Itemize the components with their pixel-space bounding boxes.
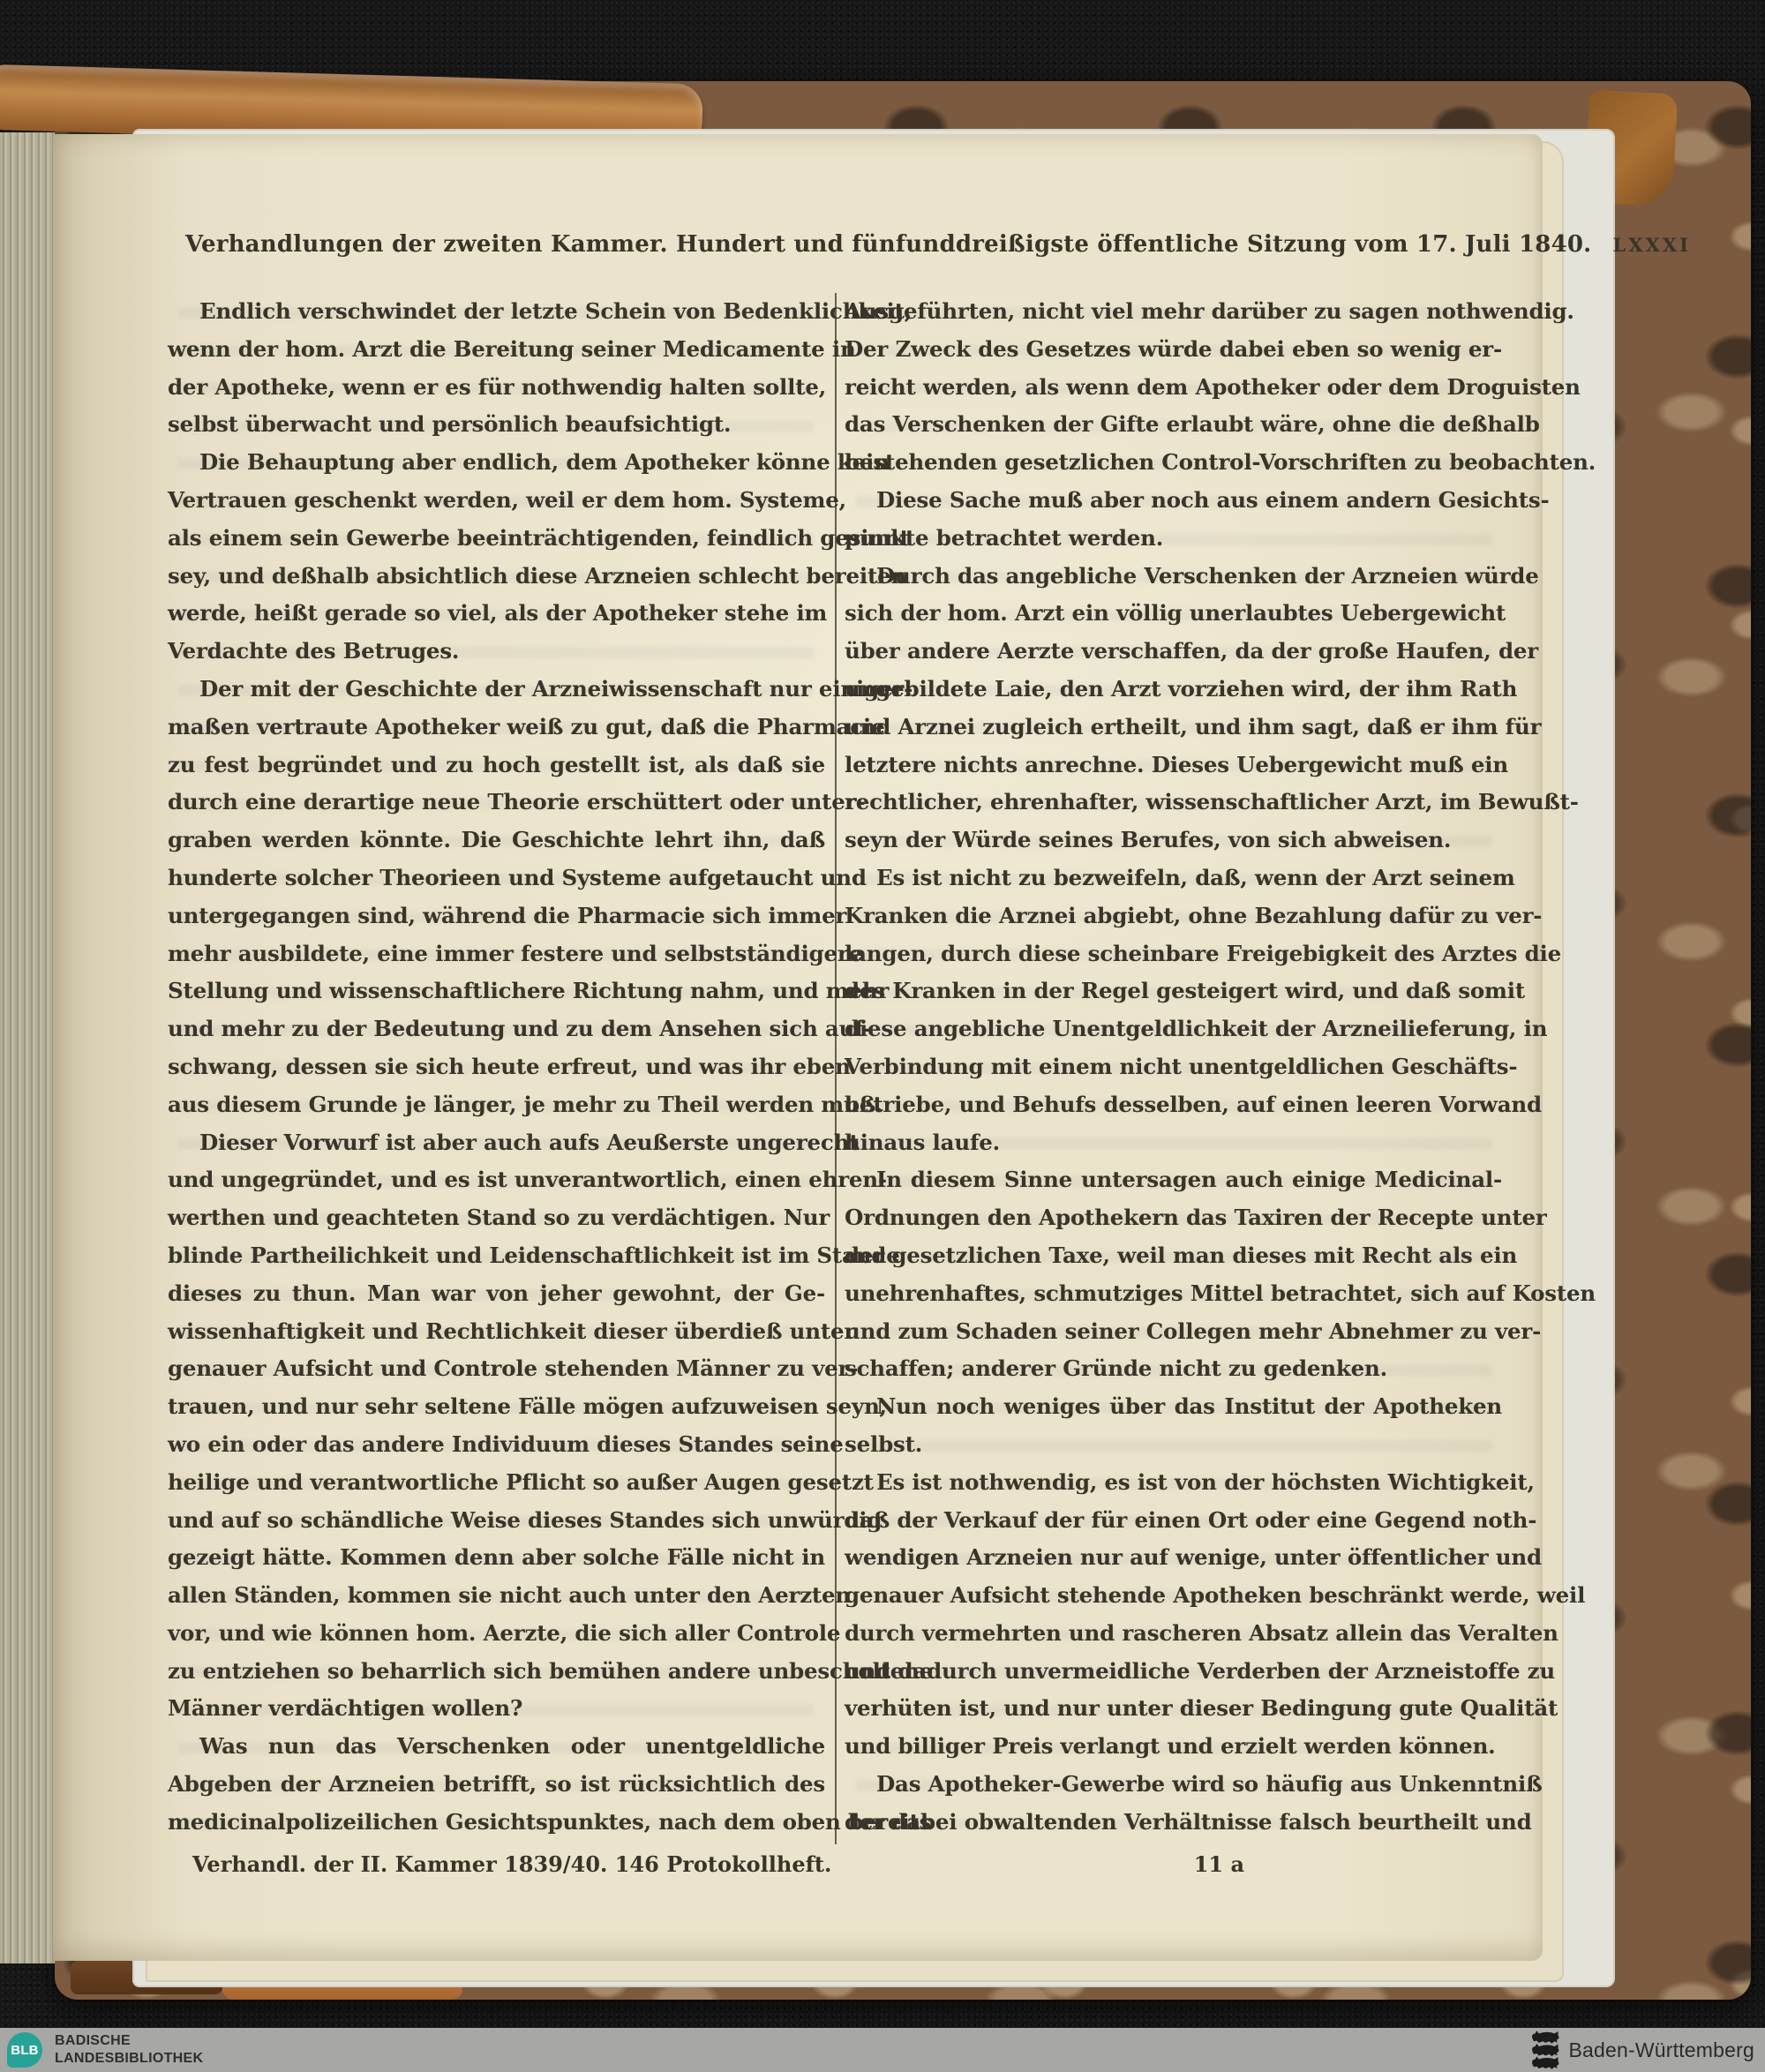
text-line: Diese Sache muß aber noch aus einem ande… bbox=[845, 482, 1502, 520]
text-line: genauer Aufsicht und Controle stehenden … bbox=[168, 1350, 825, 1388]
column-divider bbox=[835, 293, 837, 1844]
text-line: In diesem Sinne untersagen auch einige M… bbox=[845, 1161, 1502, 1199]
text-line: werthen und geachteten Stand so zu verdä… bbox=[168, 1199, 825, 1237]
text-line: hinaus laufe. bbox=[845, 1124, 1502, 1162]
blb-logo-icon: BLB bbox=[7, 2032, 42, 2068]
text-line: maßen vertraute Apotheker weiß zu gut, d… bbox=[168, 709, 825, 747]
text-line: als einem sein Gewerbe beeinträchtigende… bbox=[168, 520, 825, 558]
text-line: zu entziehen so beharrlich sich bemühen … bbox=[168, 1653, 825, 1691]
text-line: ungebildete Laie, den Arzt vorziehen wir… bbox=[845, 671, 1502, 709]
text-line: durch vermehrten und rascheren Absatz al… bbox=[845, 1615, 1502, 1653]
state-name: Baden-Württemberg bbox=[1569, 2038, 1755, 2062]
text-line: Ordnungen den Apothekern das Taxiren der… bbox=[845, 1199, 1502, 1237]
text-line: werde, heißt gerade so viel, als der Apo… bbox=[168, 595, 825, 633]
text-line: und ungegründet, und es ist unverantwort… bbox=[168, 1161, 825, 1199]
text-line: und billiger Preis verlangt und erzielt … bbox=[845, 1728, 1502, 1766]
footer-signature: 11 a bbox=[1194, 1851, 1244, 1877]
text-line: Kranken die Arznei abgiebt, ohne Bezahlu… bbox=[845, 897, 1502, 935]
text-line: langen, durch diese scheinbare Freigebig… bbox=[845, 935, 1502, 973]
text-line: bestehenden gesetzlichen Control-Vorschr… bbox=[845, 444, 1502, 482]
text-line: genauer Aufsicht stehende Apotheken besc… bbox=[845, 1577, 1502, 1615]
text-line: selbst überwacht und persönlich beaufsic… bbox=[168, 406, 825, 444]
text-line: allen Ständen, kommen sie nicht auch unt… bbox=[168, 1577, 825, 1615]
text-line: und mehr zu der Bedeutung und zu dem Ans… bbox=[168, 1010, 825, 1048]
background-gap bbox=[0, 2000, 1765, 2028]
text-line: Stellung und wissenschaftlichere Richtun… bbox=[168, 972, 825, 1010]
coat-of-arms-icon bbox=[1530, 2030, 1560, 2070]
text-line: heilige und verantwortliche Pflicht so a… bbox=[168, 1464, 825, 1502]
text-line: trauen, und nur sehr seltene Fälle mögen… bbox=[168, 1388, 825, 1426]
text-line: Der mit der Geschichte der Arzneiwissens… bbox=[168, 671, 825, 709]
text-line: hunderte solcher Theorieen und Systeme a… bbox=[168, 860, 825, 897]
text-line: das Verschenken der Gifte erlaubt wäre, … bbox=[845, 406, 1502, 444]
text-line: zu fest begründet und zu hoch gestellt i… bbox=[168, 747, 825, 785]
text-line: und Arznei zugleich ertheilt, und ihm sa… bbox=[845, 709, 1502, 747]
text-line: Was nun das Verschenken oder unentgeldli… bbox=[168, 1728, 825, 1766]
page-footer: Verhandl. der II. Kammer 1839/40. 146 Pr… bbox=[168, 1851, 1474, 1877]
text-line: über andere Aerzte verschaffen, da der g… bbox=[845, 633, 1502, 671]
text-line: wendigen Arzneien nur auf wenige, unter … bbox=[845, 1539, 1502, 1577]
text-line: und dadurch unvermeidliche Verderben der… bbox=[845, 1653, 1502, 1691]
text-line: und zum Schaden seiner Collegen mehr Abn… bbox=[845, 1313, 1502, 1351]
text-line: rechtlicher, ehrenhafter, wissenschaftli… bbox=[845, 784, 1502, 822]
text-line: schwang, dessen sie sich heute erfreut, … bbox=[168, 1048, 825, 1086]
library-name: BADISCHE LANDESBIBLIOTHEK bbox=[55, 2032, 203, 2068]
text-line: untergegangen sind, während die Pharmaci… bbox=[168, 897, 825, 935]
text-line: blinde Partheilichkeit und Leidenschaftl… bbox=[168, 1237, 825, 1275]
footer-imprint: Verhandl. der II. Kammer 1839/40. 146 Pr… bbox=[192, 1851, 831, 1877]
text-line: wenn der hom. Arzt die Bereitung seiner … bbox=[168, 331, 825, 369]
text-line: sich der hom. Arzt ein völlig unerlaubte… bbox=[845, 595, 1502, 633]
text-line: Ausgeführten, nicht viel mehr darüber zu… bbox=[845, 293, 1502, 331]
library-name-line2: LANDESBIBLIOTHEK bbox=[55, 2050, 203, 2068]
text-line: Abgeben der Arzneien betrifft, so ist rü… bbox=[168, 1766, 825, 1804]
text-line: seyn der Würde seines Berufes, von sich … bbox=[845, 822, 1502, 860]
text-line: Vertrauen geschenkt werden, weil er dem … bbox=[168, 482, 825, 520]
text-line: daß der Verkauf der für einen Ort oder e… bbox=[845, 1502, 1502, 1540]
text-line: diese angebliche Unentgeldlichkeit der A… bbox=[845, 1010, 1502, 1048]
text-line: Es ist nicht zu bezweifeln, daß, wenn de… bbox=[845, 860, 1502, 897]
text-line: der gesetzlichen Taxe, weil man dieses m… bbox=[845, 1237, 1502, 1275]
text-line: verhüten ist, und nur unter dieser Bedin… bbox=[845, 1690, 1502, 1728]
text-line: Dieser Vorwurf ist aber auch aufs Aeußer… bbox=[168, 1124, 825, 1162]
page-main: Verhandlungen der zweiten Kammer. Hunder… bbox=[53, 134, 1543, 1961]
text-line: reicht werden, als wenn dem Apotheker od… bbox=[845, 369, 1502, 407]
text-line: punkte betrachtet werden. bbox=[845, 520, 1502, 558]
text-line: gezeigt hätte. Kommen denn aber solche F… bbox=[168, 1539, 825, 1577]
text-line: Endlich verschwindet der letzte Schein v… bbox=[168, 293, 825, 331]
text-line: Die Behauptung aber endlich, dem Apothek… bbox=[168, 444, 825, 482]
column-left: Endlich verschwindet der letzte Schein v… bbox=[168, 293, 825, 1846]
column-right: Ausgeführten, nicht viel mehr darüber zu… bbox=[845, 293, 1502, 1846]
text-line: vor, und wie können hom. Aerzte, die sic… bbox=[168, 1615, 825, 1653]
page-header: Verhandlungen der zweiten Kammer. Hunder… bbox=[185, 231, 1465, 258]
text-line: graben werden könnte. Die Geschichte leh… bbox=[168, 822, 825, 860]
text-line: mehr ausbildete, eine immer festere und … bbox=[168, 935, 825, 973]
text-line: letztere nichts anrechne. Dieses Ueberge… bbox=[845, 747, 1502, 785]
viewer-bottom-bar: BLB BADISCHE LANDESBIBLIOTHEK Baden-Würt… bbox=[0, 2028, 1765, 2072]
text-line: Männer verdächtigen wollen? bbox=[168, 1690, 825, 1728]
text-line: der dabei obwaltenden Verhältnisse falsc… bbox=[845, 1804, 1502, 1842]
library-name-line1: BADISCHE bbox=[55, 2032, 203, 2050]
photo-background: Verhandlungen der zweiten Kammer. Hunder… bbox=[0, 0, 1765, 2072]
text-line: Das Apotheker-Gewerbe wird so häufig aus… bbox=[845, 1766, 1502, 1804]
text-line: Verbindung mit einem nicht unentgeldlich… bbox=[845, 1048, 1502, 1086]
text-line: medicinalpolizeilichen Gesichtspunktes, … bbox=[168, 1804, 825, 1842]
text-line: Es ist nothwendig, es ist von der höchst… bbox=[845, 1464, 1502, 1502]
page-fore-edges bbox=[0, 132, 55, 1963]
header-folio: LXXXI bbox=[1612, 234, 1690, 256]
text-line: Der Zweck des Gesetzes würde dabei eben … bbox=[845, 331, 1502, 369]
text-line: Nun noch weniges über das Institut der A… bbox=[845, 1388, 1502, 1426]
text-line: wissenhaftigkeit und Rechtlichkeit diese… bbox=[168, 1313, 825, 1351]
text-line: und auf so schändliche Weise dieses Stan… bbox=[168, 1502, 825, 1540]
text-line: Verdachte des Betruges. bbox=[168, 633, 825, 671]
text-line: des Kranken in der Regel gesteigert wird… bbox=[845, 972, 1502, 1010]
state-branding: Baden-Württemberg bbox=[1530, 2030, 1755, 2070]
text-line: sey, und deßhalb absichtlich diese Arzne… bbox=[168, 558, 825, 596]
text-line: durch eine derartige neue Theorie erschü… bbox=[168, 784, 825, 822]
text-line: betriebe, und Behufs desselben, auf eine… bbox=[845, 1086, 1502, 1124]
text-line: wo ein oder das andere Individuum dieses… bbox=[168, 1426, 825, 1464]
text-line: selbst. bbox=[845, 1426, 1502, 1464]
text-line: schaffen; anderer Gründe nicht zu gedenk… bbox=[845, 1350, 1502, 1388]
text-line: aus diesem Grunde je länger, je mehr zu … bbox=[168, 1086, 825, 1124]
header-title: Verhandlungen der zweiten Kammer. Hunder… bbox=[185, 231, 1591, 258]
text-line: Durch das angebliche Verschenken der Arz… bbox=[845, 558, 1502, 596]
text-line: dieses zu thun. Man war von jeher gewohn… bbox=[168, 1275, 825, 1313]
text-line: der Apotheke, wenn er es für nothwendig … bbox=[168, 369, 825, 407]
text-line: unehrenhaftes, schmutziges Mittel betrac… bbox=[845, 1275, 1502, 1313]
